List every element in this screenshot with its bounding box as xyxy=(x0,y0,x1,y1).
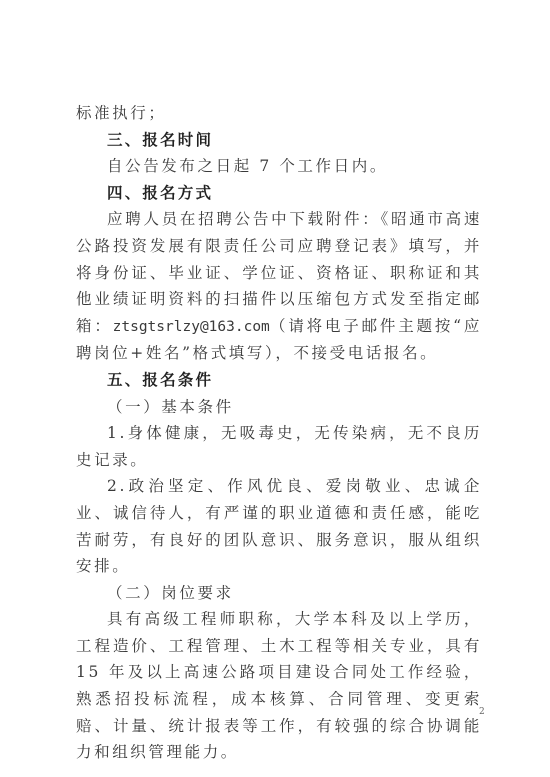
document-page: 标准执行； 三、报名时间 自公告发布之日起 7 个工作日内。 四、报名方式 应聘… xyxy=(0,0,550,777)
basic-condition-item-1: 1.身体健康，无吸毒史，无传染病，无不良历史记录。 xyxy=(76,420,482,473)
continuation-text: 标准执行； xyxy=(76,100,482,127)
position-requirements-text: 具有高级工程师职称，大学本科及以上学历，工程造价、工程管理、土木工程等相关专业，… xyxy=(76,606,482,766)
basic-condition-item-2: 2.政治坚定、作风优良、爱岗敬业、忠诚企业、诚信待人，有严谨的职业道德和责任感，… xyxy=(76,473,482,579)
section-heading-registration-conditions: 五、报名条件 xyxy=(76,367,482,394)
section-heading-registration-time: 三、报名时间 xyxy=(76,127,482,154)
registration-time-text: 自公告发布之日起 7 个工作日内。 xyxy=(76,153,482,180)
registration-method-text: 应聘人员在招聘公告中下载附件：《昭通市高速公路投资发展有限责任公司应聘登记表》填… xyxy=(76,206,482,367)
section-heading-registration-method: 四、报名方式 xyxy=(76,180,482,207)
page-number: 2 xyxy=(479,707,485,717)
email-address: ztsgtsrlzy@163.com xyxy=(113,319,270,335)
subheading-basic-conditions: （一）基本条件 xyxy=(76,394,482,421)
page-content: 标准执行； 三、报名时间 自公告发布之日起 7 个工作日内。 四、报名方式 应聘… xyxy=(76,100,482,766)
subheading-position-requirements: （二）岗位要求 xyxy=(76,580,482,607)
